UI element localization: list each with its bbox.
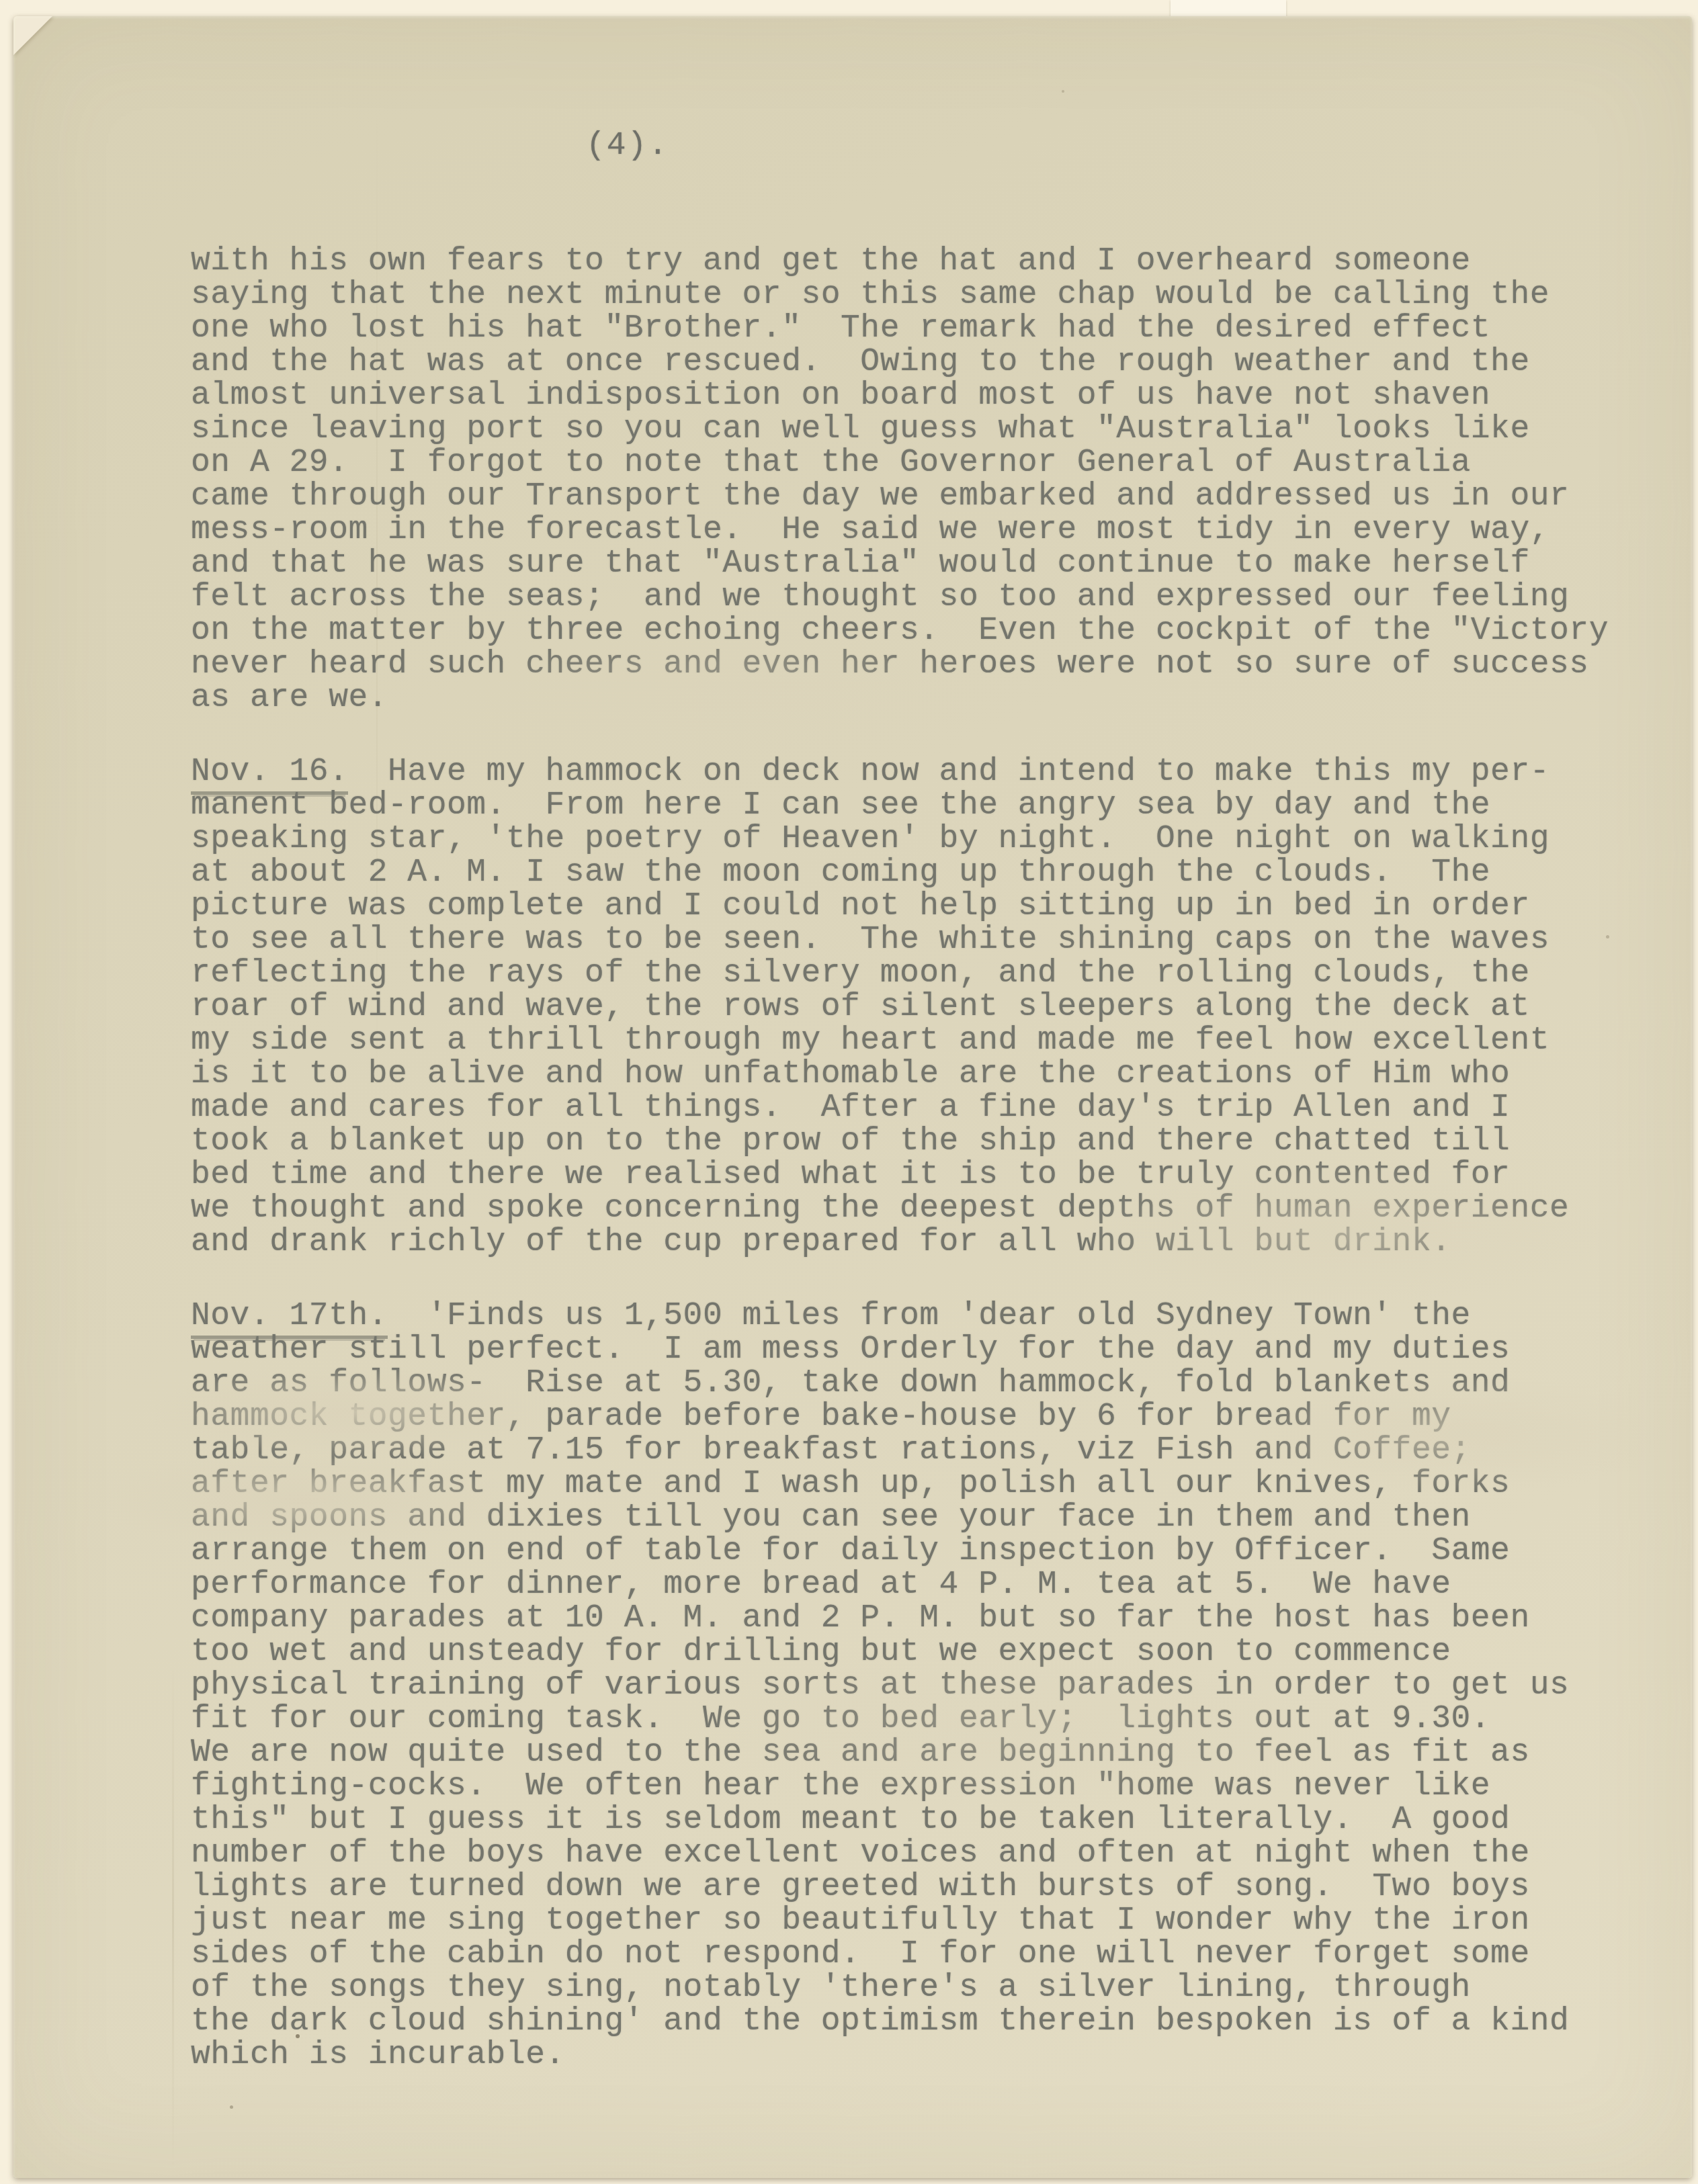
typed-body: with his own fears to try and get the ha…: [191, 245, 1642, 2112]
corner-fold: [13, 16, 52, 55]
paper-speck: [296, 2034, 300, 2038]
paper-speck: [1606, 935, 1609, 938]
entry-text: with his own fears to try and get the ha…: [191, 243, 1609, 716]
page-number: (4).: [586, 128, 669, 164]
scan-backing: (4). with his own fears to try and get t…: [0, 0, 1698, 2184]
paper-crease: [172, 1662, 174, 2173]
document-page: (4). with his own fears to try and get t…: [13, 16, 1692, 2178]
paragraph-nov-17: Nov. 17th. 'Finds us 1,500 miles from 'd…: [191, 1299, 1642, 2072]
entry-text: 'Finds us 1,500 miles from 'dear old Syd…: [191, 1298, 1569, 2073]
paragraph-continuation: with his own fears to try and get the ha…: [191, 245, 1642, 715]
paper-speck: [1062, 90, 1064, 93]
paper-speck: [230, 2105, 233, 2109]
paragraph-nov-16: Nov. 16. Have my hammock on deck now and…: [191, 755, 1642, 1259]
entry-text: Have my hammock on deck now and intend t…: [191, 754, 1569, 1260]
